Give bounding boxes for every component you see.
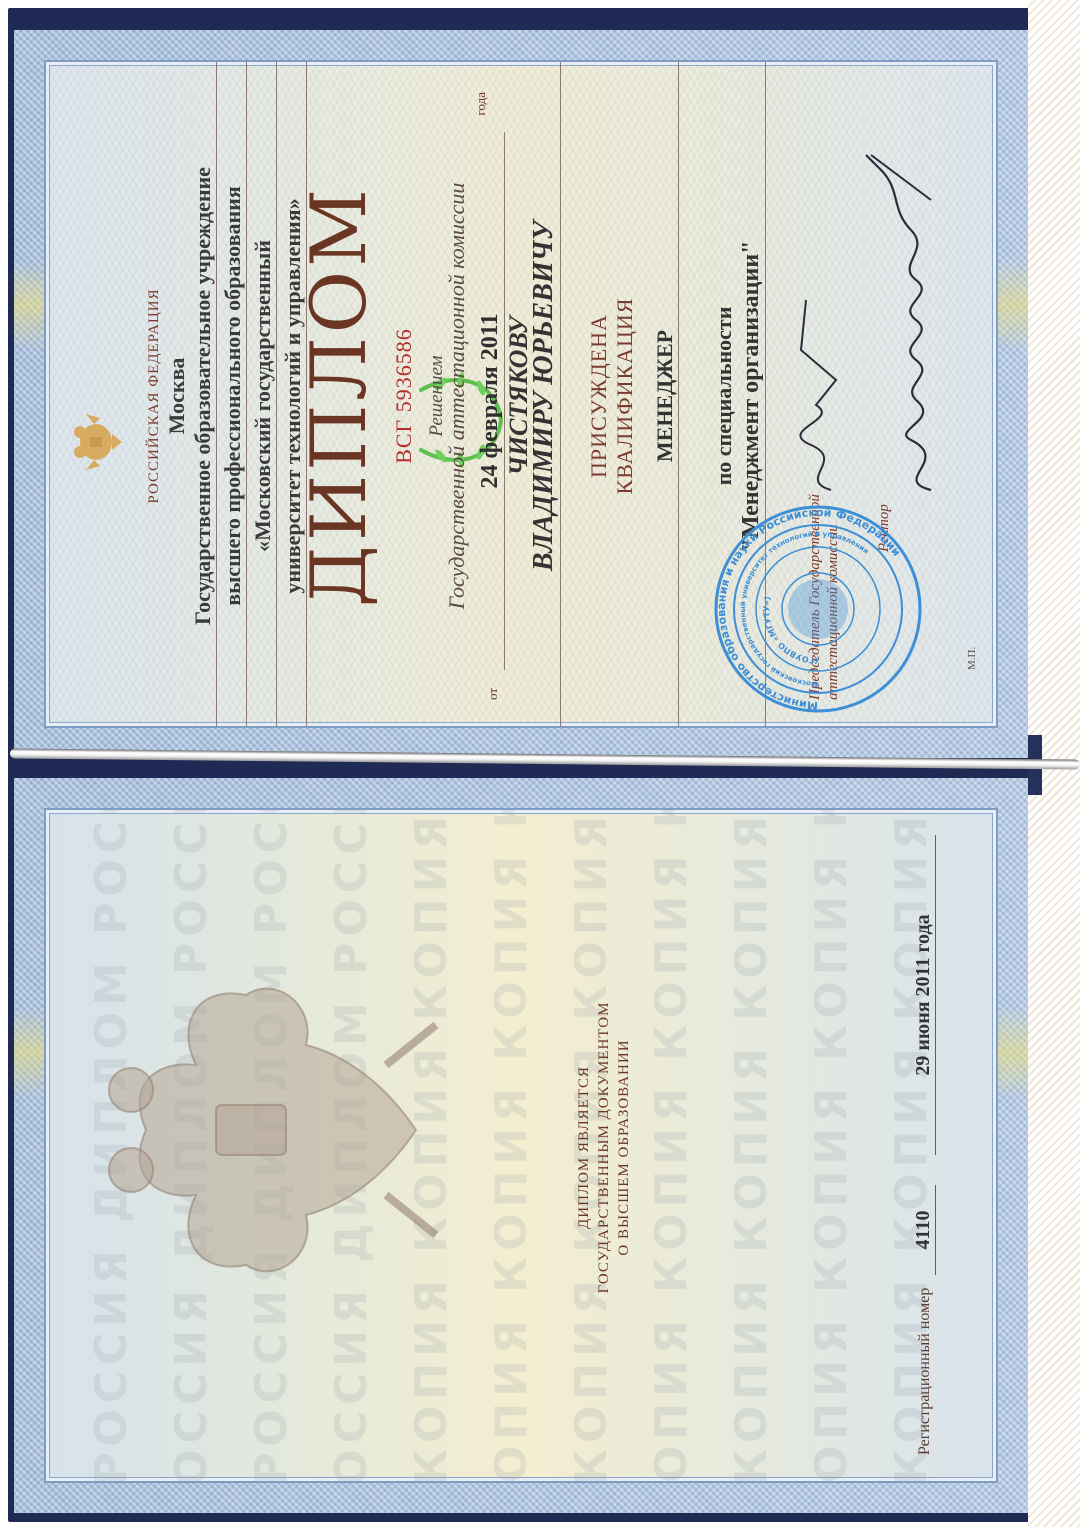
- rector-signature: [861, 140, 961, 500]
- legal-statement-line-1: ДИПЛОМ ЯВЛЯЕТСЯ: [576, 810, 593, 1483]
- watermark-text: КОПИЯ КОПИЯ КОПИЯ КОПИЯ КОПИЯ КОПИЯ: [726, 808, 777, 1483]
- registration-date: 29 июня 2011 года: [912, 835, 936, 1155]
- decision-text: Государственной аттестационной комиссии: [444, 62, 470, 728]
- chair-signature: [791, 290, 851, 500]
- legal-statement-line-3: О ВЫСШЕМ ОБРАЗОВАНИИ: [616, 810, 633, 1483]
- awarded-label-1: ПРИСУЖДЕНА: [586, 62, 612, 728]
- legal-statement-line-2: ГОСУДАРСТВЕННЫМ ДОКУМЕНТОМ: [596, 810, 613, 1483]
- coat-of-arms-icon: [64, 412, 124, 472]
- seal-place-mark: М.П.: [966, 647, 978, 670]
- coat-of-arms-watermark-icon: [86, 965, 446, 1295]
- registration-row: Регистрационный номер 4110 29 июня 2011 …: [906, 835, 936, 1455]
- document-title: ДИПЛОМ: [294, 62, 383, 728]
- supplement-page-inner: РОССИЯ ДИПЛОМ РОССИЯ ДИПЛОМ РОССИЯ ДИПЛО…: [44, 808, 998, 1483]
- binding-ribbon: [0, 748, 1080, 774]
- date-suffix: года: [473, 92, 489, 116]
- watermark-text: КОПИЯ КОПИЯ КОПИЯ КОПИЯ КОПИЯ КОПИЯ: [806, 808, 857, 1483]
- institution-line-2: высшего профессионального образования: [220, 62, 247, 728]
- registration-label: Регистрационный номер: [916, 1288, 934, 1455]
- institution-line-3: «Московский государственный: [250, 62, 277, 728]
- institution-line-1: Государственное образовательное учрежден…: [190, 62, 217, 728]
- watermark-text: КОПИЯ КОПИЯ КОПИЯ КОПИЯ КОПИЯ КОПИЯ: [646, 808, 697, 1483]
- diploma-content-rotated: РОССИЙСКАЯ ФЕДЕРАЦИЯ Москва Государствен…: [46, 62, 998, 728]
- recipient-given-name: ВЛАДИМИРУ ЮРЬЕВИЧУ: [528, 62, 561, 728]
- diploma-page-inner: РОССИЙСКАЯ ФЕДЕРАЦИЯ Москва Государствен…: [44, 60, 998, 728]
- city-label: Москва: [164, 62, 190, 728]
- diploma-page: РОССИЙСКАЯ ФЕДЕРАЦИЯ Москва Государствен…: [14, 30, 1028, 758]
- qualification: МЕНЕДЖЕР: [652, 62, 679, 728]
- supplement-content-rotated: РОССИЯ ДИПЛОМ РОССИЯ ДИПЛОМ РОССИЯ ДИПЛО…: [46, 810, 998, 1483]
- official-seal-stamp: Министерство образования и науки Российс…: [711, 501, 926, 716]
- decision-date-row: от 24 февраля 2011 года: [471, 92, 505, 700]
- country-label: РОССИЙСКАЯ ФЕДЕРАЦИЯ: [146, 62, 163, 728]
- watermark-text: КОПИЯ КОПИЯ КОПИЯ КОПИЯ КОПИЯ КОПИЯ: [486, 808, 537, 1483]
- supplement-page: РОССИЯ ДИПЛОМ РОССИЯ ДИПЛОМ РОССИЯ ДИПЛО…: [14, 778, 1028, 1513]
- registration-number: 4110: [912, 1185, 936, 1275]
- awarded-label-2: КВАЛИФИКАЦИЯ: [612, 62, 638, 728]
- date-prefix: от: [485, 688, 501, 700]
- decision-date: 24 февраля 2011: [477, 132, 505, 670]
